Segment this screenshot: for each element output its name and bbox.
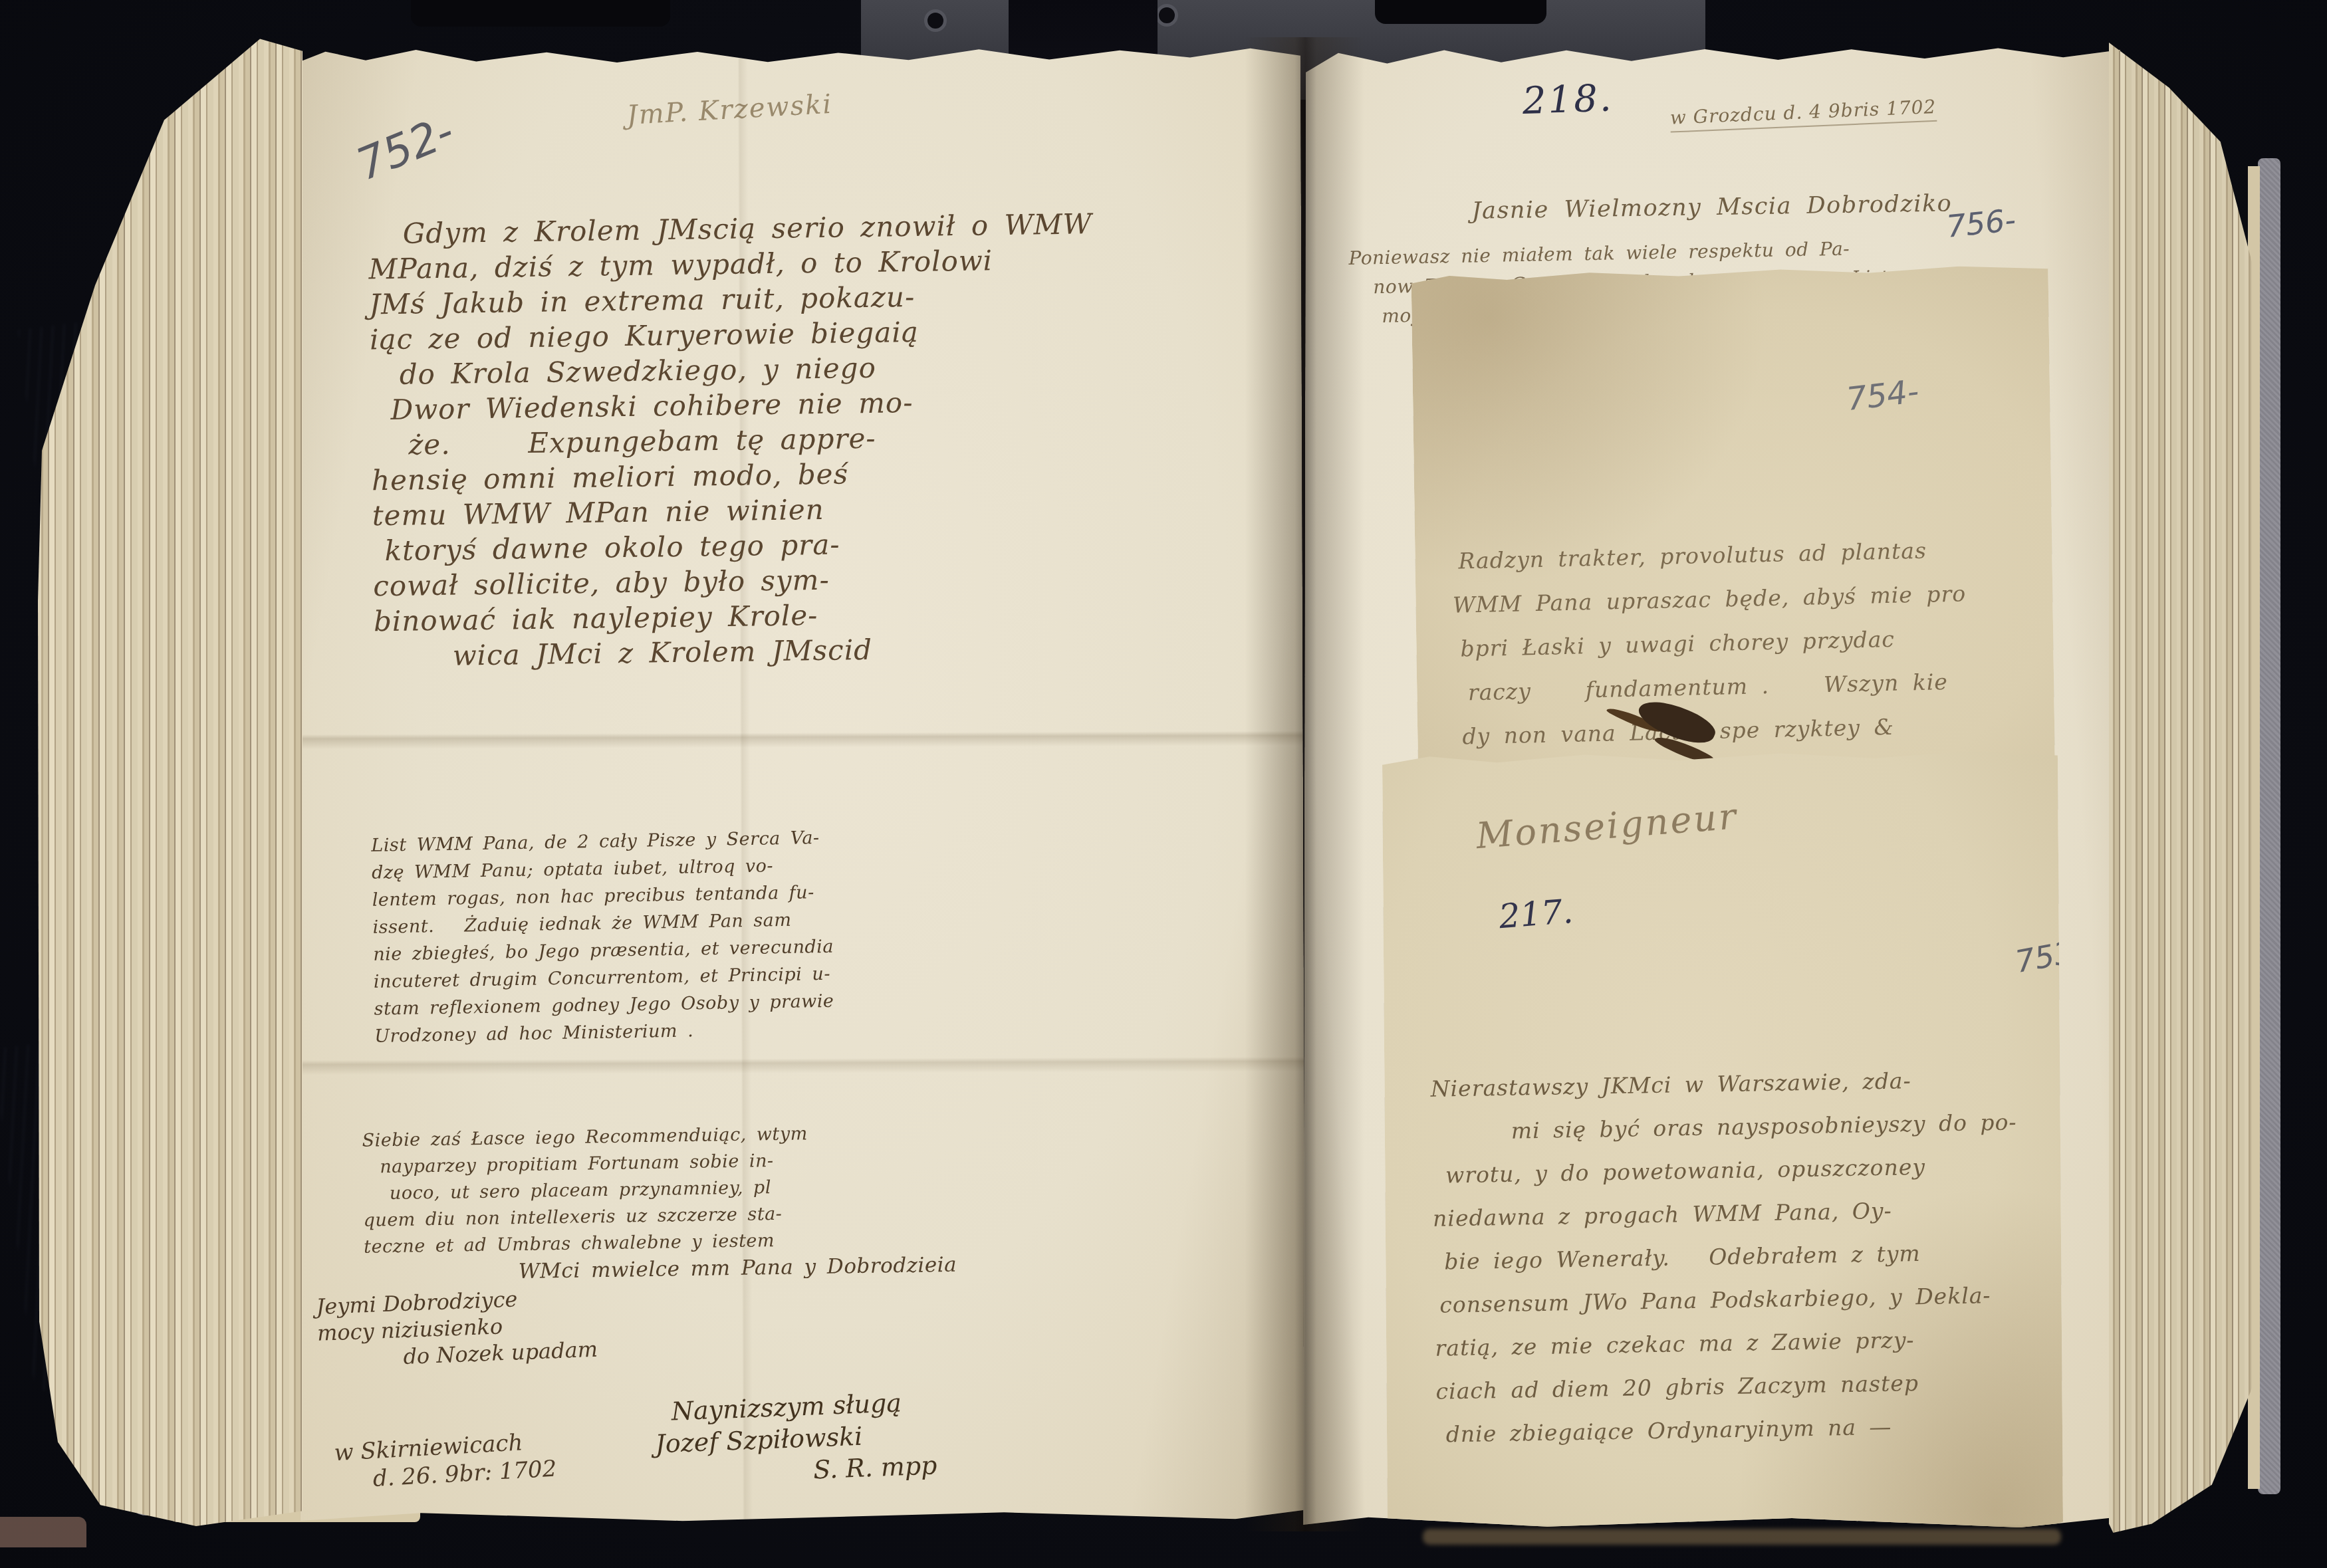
pasted-letter-top-text: Radzyn trakter, provolutus ad plantasWMM… bbox=[1458, 526, 2034, 758]
page-edges-right bbox=[2109, 37, 2252, 1539]
corner-sliver bbox=[0, 1517, 86, 1547]
letter-body-block: Gdym z Krolem JMscią serio znowił o WMWM… bbox=[368, 203, 1278, 674]
pencil-folio-number: 753 bbox=[2013, 934, 2076, 980]
pasted-letter-bottom: Monseigneur 217. 753 Nierastawszy JKMci … bbox=[1382, 747, 2063, 1547]
manuscript-page-right: 218. w Grozdcu d. 4 9bris 1702 Jasnie Wi… bbox=[1303, 37, 2120, 1532]
signature-block: Naynizszym sługąJozef SzpiłowskiS. R. mp… bbox=[671, 1385, 938, 1491]
ink-page-number: 218. bbox=[1522, 76, 1614, 122]
handwritten-line: S. R. mpp bbox=[812, 1449, 937, 1486]
handwritten-line: mi się być oras naysposobnieyszy do po- bbox=[1511, 1100, 2030, 1153]
cradle-clamp-tab bbox=[1375, 0, 1546, 24]
manuscript-page-left: 752- JmP. Krzewski Gdym z Krolem JMscią … bbox=[295, 41, 1306, 1525]
letter-second-block: List WMM Pana, de 2 cały Pisze y Serca V… bbox=[371, 816, 1286, 1050]
closing-courtesy-block: Jeymi Dobrodziycemocy niziusienkodo Noze… bbox=[316, 1283, 598, 1373]
cradle-clamp-tab bbox=[411, 0, 670, 27]
archive-photo-scene: 752- JmP. Krzewski Gdym z Krolem JMscią … bbox=[0, 0, 2327, 1568]
cradle-rivet-hole bbox=[924, 9, 947, 32]
place-date-block: w Skirniewicachd. 26. 9br: 1702 bbox=[333, 1427, 557, 1495]
letter-third-block: Siebie zaś Łasce iego Recommenduiąc, wty… bbox=[362, 1113, 1282, 1288]
page-bottom-edge-highlight bbox=[1423, 1529, 2061, 1545]
ink-page-number: 217. bbox=[1498, 892, 1574, 936]
page-header-annotation: JmP. Krzewski bbox=[626, 89, 833, 131]
pasted-letter-bottom-text: Nierastawszy JKMci w Warszawie, zda-mi s… bbox=[1430, 1057, 2035, 1456]
pencil-folio-number: 754- bbox=[1844, 373, 1921, 419]
pencil-folio-number: 752- bbox=[350, 106, 461, 191]
monseigneur-heading: Monseigneur bbox=[1475, 795, 1739, 857]
cradle-rivet-hole bbox=[1156, 4, 1178, 27]
date-place-line: w Grozdcu d. 4 9bris 1702 bbox=[1669, 96, 1937, 133]
book-cover-right bbox=[2258, 158, 2280, 1494]
salutation-line: Jasnie Wielmozny Mscia Dobrodziko bbox=[1471, 190, 1952, 224]
